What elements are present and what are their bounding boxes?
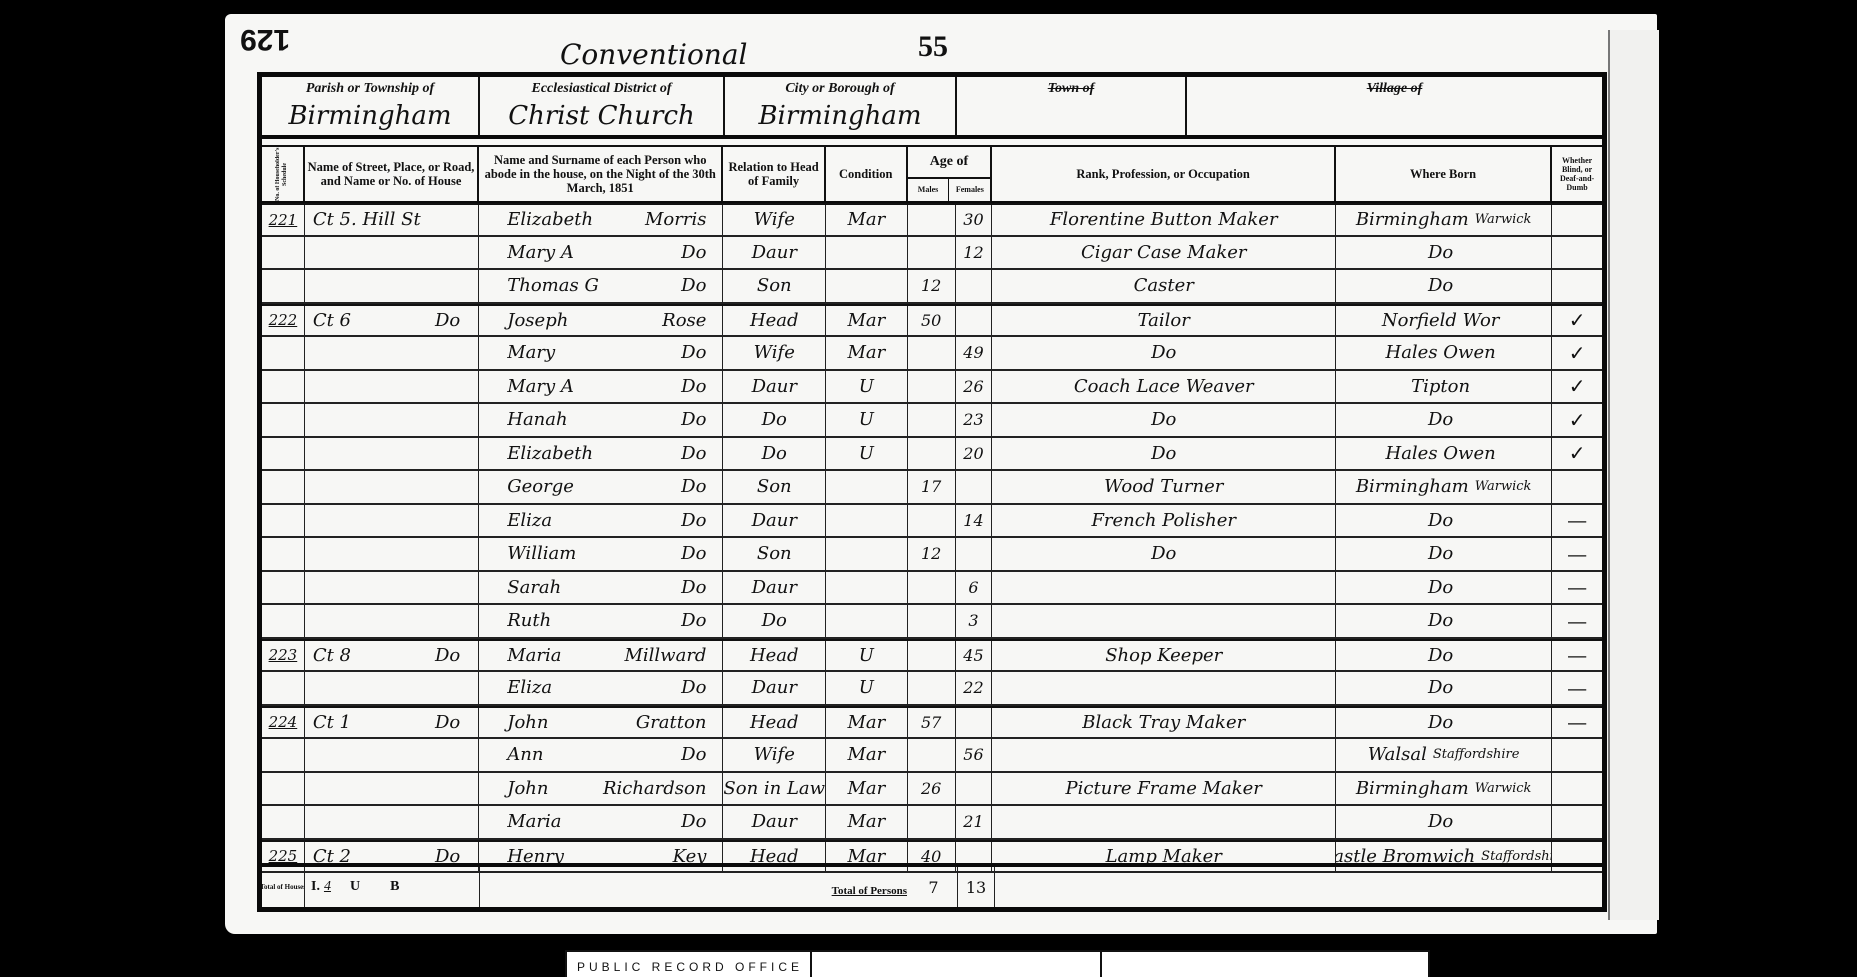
village-cell: Village of [1187,77,1602,135]
street-cell [305,438,479,470]
street-cell: Ct 5. Hill St [305,205,479,235]
where-born: BirminghamWarwick [1336,205,1552,235]
male-age [908,404,956,436]
male-age [908,572,956,604]
street-cell [305,572,479,604]
schedule-number [262,538,305,570]
person-name: MaryDo [479,337,723,369]
table-row: Mary ADoDaurU26Coach Lace WeaverTipton✓ [262,371,1602,405]
condition [826,471,908,503]
condition: U [826,371,908,403]
occupation: Shop Keeper [992,641,1336,671]
male-age [908,371,956,403]
birthplace: Do [1428,811,1453,832]
condition [826,237,908,269]
female-age: 6 [956,572,993,604]
birthplace: Tipton [1411,376,1470,397]
condition: Mar [826,205,908,235]
blind-deaf-mark [1552,773,1602,805]
schedule-number [262,270,305,302]
occupation: Do [992,404,1336,436]
forename: Mary A [507,376,574,397]
street-cell [305,739,479,771]
schedule-number [262,237,305,269]
forename: Elizabeth [507,443,593,464]
birthplace: Do [1428,409,1453,430]
street-cell [305,270,479,302]
occupation: French Polisher [992,505,1336,537]
female-age [956,538,993,570]
borough-label: City or Borough of [725,81,955,97]
record-office-strip: PUBLIC RECORD OFFICE [565,950,1430,977]
person-name: Thomas GDo [479,270,723,302]
person-name: ElizaDo [479,505,723,537]
male-age [908,205,956,235]
where-born: Do [1336,572,1552,604]
inhabited-label: I. [311,879,320,895]
town-cell: Town of [957,77,1187,135]
surname: Do [681,577,706,598]
street-cell [305,538,479,570]
page-number: 55 [918,30,948,64]
condition: U [826,438,908,470]
person-name: ElizabethMorris [479,205,723,235]
birthplace: Do [1428,275,1453,296]
street-cell [305,371,479,403]
male-age [908,806,956,838]
schedule-number [262,505,305,537]
where-born: Do [1336,404,1552,436]
street-address: Ct 6 [313,310,351,331]
schedule-number [262,739,305,771]
schedule-number [262,371,305,403]
surname: Do [681,811,706,832]
male-age [908,505,956,537]
occupation: Florentine Button Maker [992,205,1336,235]
forename: Mary [507,342,555,363]
female-age: 56 [956,739,993,771]
strip-cell-2 [812,952,1102,977]
person-name: MariaMillward [479,641,723,671]
relation: Daur [723,237,826,269]
uninhabited-label: U [350,879,360,895]
where-born: Do [1336,605,1552,637]
schedule-number [262,605,305,637]
where-born: Tipton [1336,371,1552,403]
header-relation: Relation to Head of Family [723,147,826,201]
condition: Mar [826,806,908,838]
condition [826,605,908,637]
page-edge [1608,30,1659,920]
occupation: Coach Lace Weaver [992,371,1336,403]
inhabited-value: 4 [324,879,346,895]
person-name: JohnGratton [479,708,723,738]
relation: Daur [723,572,826,604]
occupation: Tailor [992,306,1336,336]
forename: Eliza [507,677,552,698]
occupation: Do [992,538,1336,570]
male-age [908,672,956,704]
birthplace: Do [1428,510,1453,531]
occupation [992,605,1336,637]
schedule-number: 222 [262,306,305,336]
table-row: JohnRichardsonSon in LawMar26Picture Fra… [262,773,1602,807]
relation: Daur [723,672,826,704]
blind-deaf-mark: ✓ [1552,371,1602,403]
person-name: WilliamDo [479,538,723,570]
condition [826,538,908,570]
street-cell [305,773,479,805]
census-table: Parish or Township of Birmingham Ecclesi… [257,72,1607,912]
strip-cell-3 [1102,952,1428,977]
surname: Do [681,744,706,765]
forename: John [507,778,548,799]
relation: Son in Law [723,773,826,805]
street-ditto: Do [435,645,460,666]
birthplace: Birmingham [1356,778,1469,799]
female-age: 21 [956,806,993,838]
where-born: BirminghamWarwick [1336,471,1552,503]
condition: U [826,404,908,436]
surname: Do [681,510,706,531]
blind-deaf-mark: — [1552,672,1602,704]
birthplace: Do [1428,712,1453,733]
blind-deaf-mark: ✓ [1552,438,1602,470]
surname: Do [681,275,706,296]
surname: Do [681,543,706,564]
table-row: MaryDoWifeMar49DoHales Owen✓ [262,337,1602,371]
totals-remainder [995,867,1602,907]
forename: Ann [507,744,543,765]
table-row: AnnDoWifeMar56WalsalStaffordshire [262,739,1602,773]
condition [826,572,908,604]
birth-county: Warwick [1475,781,1532,796]
forename: Maria [507,811,561,832]
forename: Thomas G [507,275,599,296]
record-office-label: PUBLIC RECORD OFFICE [567,952,812,977]
male-age [908,641,956,671]
where-born: Do [1336,641,1552,671]
person-name: RuthDo [479,605,723,637]
table-row: 221Ct 5. Hill StElizabethMorrisWifeMar30… [262,203,1602,237]
blind-deaf-mark [1552,205,1602,235]
person-name: GeorgeDo [479,471,723,503]
header-blind: Whether Blind, or Deaf-and-Dumb [1552,147,1602,201]
birth-county: Warwick [1475,479,1532,494]
table-row: 224Ct 1DoJohnGrattonHeadMar57Black Tray … [262,706,1602,740]
relation: Son [723,471,826,503]
blind-deaf-mark: — [1552,538,1602,570]
schedule-number [262,471,305,503]
birthplace: Walsal [1368,744,1427,765]
birthplace: Do [1428,645,1453,666]
relation: Do [723,438,826,470]
male-age [908,237,956,269]
where-born: Do [1336,672,1552,704]
blind-deaf-mark [1552,739,1602,771]
birth-county: Staffordshire [1433,747,1520,762]
schedule-number [262,438,305,470]
person-name: MariaDo [479,806,723,838]
person-name: HanahDo [479,404,723,436]
relation: Head [723,306,826,336]
male-age: 57 [908,708,956,738]
census-rows: 221Ct 5. Hill StElizabethMorrisWifeMar30… [262,203,1602,873]
schedule-number: 224 [262,708,305,738]
forename: John [507,712,548,733]
female-age: 23 [956,404,993,436]
street-ditto: Do [435,712,460,733]
female-age: 49 [956,337,993,369]
birthplace: Hales Owen [1386,342,1496,363]
column-headers: No. of Householder's Schedule Name of St… [262,145,1602,205]
table-row: ElizaDoDaurU22Do— [262,672,1602,706]
header-occupation: Rank, Profession, or Occupation [992,147,1336,201]
table-row: Thomas GDoSon12CasterDo [262,270,1602,304]
female-age: 3 [956,605,993,637]
building-label: B [390,879,399,895]
male-age: 12 [908,538,956,570]
male-age: 50 [908,306,956,336]
parish-cell: Parish or Township of Birmingham [262,77,480,135]
occupation: Caster [992,270,1336,302]
person-name: JohnRichardson [479,773,723,805]
person-name: Mary ADo [479,237,723,269]
surname: Do [681,476,706,497]
birthplace: Do [1428,242,1453,263]
birthplace: Birmingham [1356,476,1469,497]
table-row: ElizabethDoDoU20DoHales Owen✓ [262,438,1602,472]
female-age: 30 [956,205,993,235]
female-age [956,270,993,302]
relation: Head [723,641,826,671]
street-cell [305,404,479,436]
table-row: GeorgeDoSon17Wood TurnerBirminghamWarwic… [262,471,1602,505]
birthplace: Birmingham [1356,209,1469,230]
where-born: BirminghamWarwick [1336,773,1552,805]
where-born: Do [1336,270,1552,302]
header-condition: Condition [826,147,908,201]
male-age [908,438,956,470]
condition: Mar [826,773,908,805]
surname: Gratton [636,712,707,733]
street-address: Ct 5. Hill St [313,209,421,230]
person-name: JosephRose [479,306,723,336]
blind-deaf-mark: ✓ [1552,404,1602,436]
street-ditto: Do [435,310,460,331]
blind-deaf-mark [1552,237,1602,269]
male-age: 17 [908,471,956,503]
street-cell [305,806,479,838]
surname: Rose [662,310,706,331]
surname: Morris [645,209,706,230]
female-age: 22 [956,672,993,704]
street-cell: Ct 1Do [305,708,479,738]
relation: Do [723,605,826,637]
forename: William [507,543,576,564]
header-schedule-label: No. of Householder's Schedule [275,147,289,201]
surname: Do [681,610,706,631]
relation: Wife [723,205,826,235]
birthplace: Do [1428,543,1453,564]
where-born: Do [1336,806,1552,838]
female-age: 26 [956,371,993,403]
header-age-of: Age of [908,147,991,179]
location-header: Parish or Township of Birmingham Ecclesi… [262,77,1602,139]
female-age: 45 [956,641,993,671]
header-name: Name and Surname of each Person who abod… [479,147,723,201]
street-cell [305,672,479,704]
blind-deaf-mark: ✓ [1552,337,1602,369]
surname: Do [681,342,706,363]
forename: Sarah [507,577,561,598]
street-cell [305,337,479,369]
condition: Mar [826,708,908,738]
birthplace: Norfield Wor [1382,310,1500,331]
condition: U [826,641,908,671]
occupation: Cigar Case Maker [992,237,1336,269]
blind-deaf-mark: ✓ [1552,306,1602,336]
street-cell [305,505,479,537]
blind-deaf-mark: — [1552,641,1602,671]
header-females: Females [949,179,990,201]
blind-deaf-mark: — [1552,572,1602,604]
forename: Maria [507,645,561,666]
forename: Mary A [507,242,574,263]
person-name: SarahDo [479,572,723,604]
forename: Joseph [507,310,568,331]
forename: Elizabeth [507,209,593,230]
occupation: Picture Frame Maker [992,773,1336,805]
folio-number: 129 [240,22,290,56]
relation: Wife [723,739,826,771]
condition: Mar [826,337,908,369]
male-age: 26 [908,773,956,805]
blind-deaf-mark: — [1552,708,1602,738]
total-females: 13 [958,867,995,907]
handwritten-annotation: Conventional [560,38,747,71]
male-age [908,605,956,637]
where-born: Do [1336,237,1552,269]
female-age: 12 [956,237,993,269]
header-schedule: No. of Householder's Schedule [262,147,305,201]
town-label: Town of [957,81,1185,97]
table-row: ElizaDoDaur14French PolisherDo— [262,505,1602,539]
street-address: Ct 1 [313,712,351,733]
where-born: WalsalStaffordshire [1336,739,1552,771]
total-males: 7 [910,867,958,907]
table-row: Mary ADoDaur12Cigar Case MakerDo [262,237,1602,271]
street-address: Ct 8 [313,645,351,666]
relation: Wife [723,337,826,369]
street-cell: Ct 6Do [305,306,479,336]
schedule-number: 221 [262,205,305,235]
person-name: AnnDo [479,739,723,771]
table-row: HanahDoDoU23DoDo✓ [262,404,1602,438]
schedule-number [262,572,305,604]
male-age [908,337,956,369]
occupation [992,672,1336,704]
schedule-number: 223 [262,641,305,671]
female-age [956,306,993,336]
schedule-number [262,773,305,805]
person-name: Mary ADo [479,371,723,403]
occupation [992,806,1336,838]
blind-deaf-mark [1552,806,1602,838]
header-males: Males [908,179,950,201]
borough-value: Birmingham [725,101,955,131]
borough-cell: City or Borough of Birmingham [725,77,957,135]
birthplace: Hales Owen [1386,443,1496,464]
total-houses-label: Total of Houses [262,867,305,907]
schedule-number [262,404,305,436]
total-persons-label: Total of Persons [682,885,907,897]
surname: Do [681,376,706,397]
condition: U [826,672,908,704]
female-age [956,471,993,503]
person-name: ElizaDo [479,672,723,704]
relation: Daur [723,371,826,403]
condition [826,270,908,302]
surname: Do [681,677,706,698]
occupation: Wood Turner [992,471,1336,503]
female-age [956,773,993,805]
occupation: Do [992,438,1336,470]
relation: Daur [723,806,826,838]
surname: Do [681,409,706,430]
birthplace: Do [1428,610,1453,631]
relation: Do [723,404,826,436]
where-born: Do [1336,538,1552,570]
condition: Mar [826,739,908,771]
schedule-number [262,672,305,704]
houses-counts: I.4 U B [305,867,480,907]
table-row: WilliamDoSon12DoDo— [262,538,1602,572]
totals-row: Total of Houses I.4 U B 7 13 [262,863,1602,907]
female-age: 14 [956,505,993,537]
header-street: Name of Street, Place, or Road, and Name… [305,147,479,201]
schedule-number [262,806,305,838]
table-row: 222Ct 6DoJosephRoseHeadMar50TailorNorfie… [262,304,1602,338]
surname: Richardson [603,778,707,799]
condition: Mar [826,306,908,336]
district-label: Ecclesiastical District of [480,81,723,97]
blind-deaf-mark [1552,270,1602,302]
schedule-number [262,337,305,369]
header-where-born: Where Born [1336,147,1552,201]
table-row: SarahDoDaur6Do— [262,572,1602,606]
forename: Hanah [507,409,567,430]
table-row: RuthDoDo3Do— [262,605,1602,639]
table-row: MariaDoDaurMar21Do [262,806,1602,840]
blind-deaf-mark: — [1552,505,1602,537]
surname: Do [681,242,706,263]
street-cell: Ct 8Do [305,641,479,671]
relation: Head [723,708,826,738]
birthplace: Do [1428,677,1453,698]
relation: Son [723,538,826,570]
occupation: Do [992,337,1336,369]
female-age: 20 [956,438,993,470]
male-age: 12 [908,270,956,302]
male-age [908,739,956,771]
where-born: Do [1336,505,1552,537]
occupation [992,572,1336,604]
district-cell: Ecclesiastical District of Christ Church [480,77,725,135]
blind-deaf-mark: — [1552,605,1602,637]
header-age: Age of Males Females [908,147,993,201]
village-label: Village of [1187,81,1602,97]
